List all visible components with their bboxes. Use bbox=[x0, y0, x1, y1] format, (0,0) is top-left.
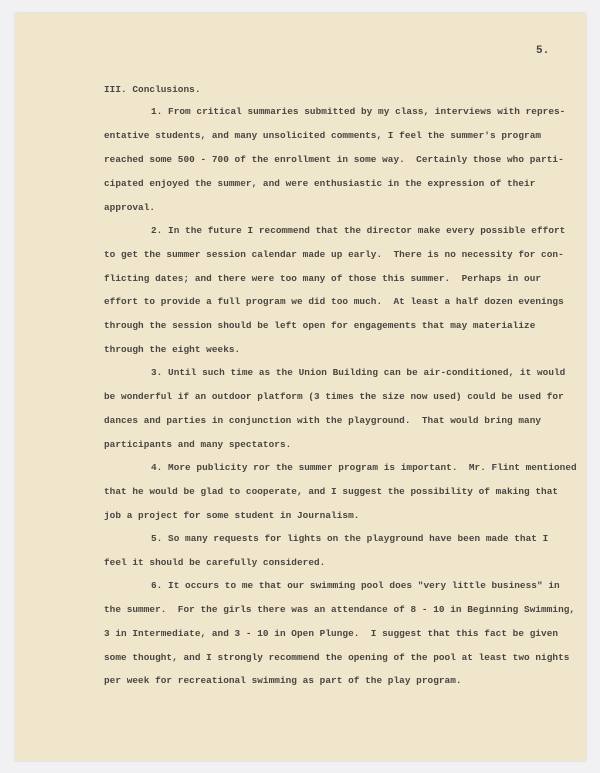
paragraph-line: job a project for some student in Journa… bbox=[104, 510, 359, 521]
page-number: 5. bbox=[536, 45, 549, 57]
paragraph-line: dances and parties in conjunction with t… bbox=[104, 415, 541, 426]
paragraph-line: 5. So many requests for lights on the pl… bbox=[151, 533, 548, 544]
paragraph-line: entative students, and many unsolicited … bbox=[104, 130, 541, 141]
paragraph-line: to get the summer session calendar made … bbox=[104, 249, 564, 260]
paragraph-line: 6. It occurs to me that our swimming poo… bbox=[151, 580, 560, 591]
paragraph-line: feel it should be carefully considered. bbox=[104, 557, 325, 568]
paragraph-line: 1. From critical summaries submitted by … bbox=[151, 106, 565, 117]
paragraph-line: that he would be glad to cooperate, and … bbox=[104, 486, 558, 497]
paragraph-line: reached some 500 - 700 of the enrollment… bbox=[104, 154, 564, 165]
paragraph-line: through the session should be left open … bbox=[104, 320, 535, 331]
paragraph-line: per week for recreational swimming as pa… bbox=[104, 675, 462, 686]
paragraph-line: 3 in Intermediate, and 3 - 10 in Open Pl… bbox=[104, 628, 558, 639]
paragraph-line: the summer. For the girls there was an a… bbox=[104, 604, 575, 615]
paragraph-line: 4. More publicity ror the summer program… bbox=[151, 462, 577, 473]
paragraph-line: approval. bbox=[104, 202, 155, 213]
paragraph-line: 2. In the future I recommend that the di… bbox=[151, 225, 565, 236]
paragraph-line: through the eight weeks. bbox=[104, 344, 240, 355]
paragraph-line: be wonderful if an outdoor platform (3 t… bbox=[104, 391, 564, 402]
paragraph-line: 3. Until such time as the Union Building… bbox=[151, 367, 565, 378]
paragraph-line: participants and many spectators. bbox=[104, 439, 291, 450]
typewritten-page: 5. III. Conclusions. 1. From critical su… bbox=[15, 13, 586, 761]
section-heading: III. Conclusions. bbox=[104, 84, 201, 95]
paragraph-line: cipated enjoyed the summer, and were ent… bbox=[104, 178, 535, 189]
paragraph-line: some thought, and I strongly recommend t… bbox=[104, 652, 569, 663]
paragraph-line: effort to provide a full program we did … bbox=[104, 296, 564, 307]
paragraph-line: flicting dates; and there were too many … bbox=[104, 273, 541, 284]
